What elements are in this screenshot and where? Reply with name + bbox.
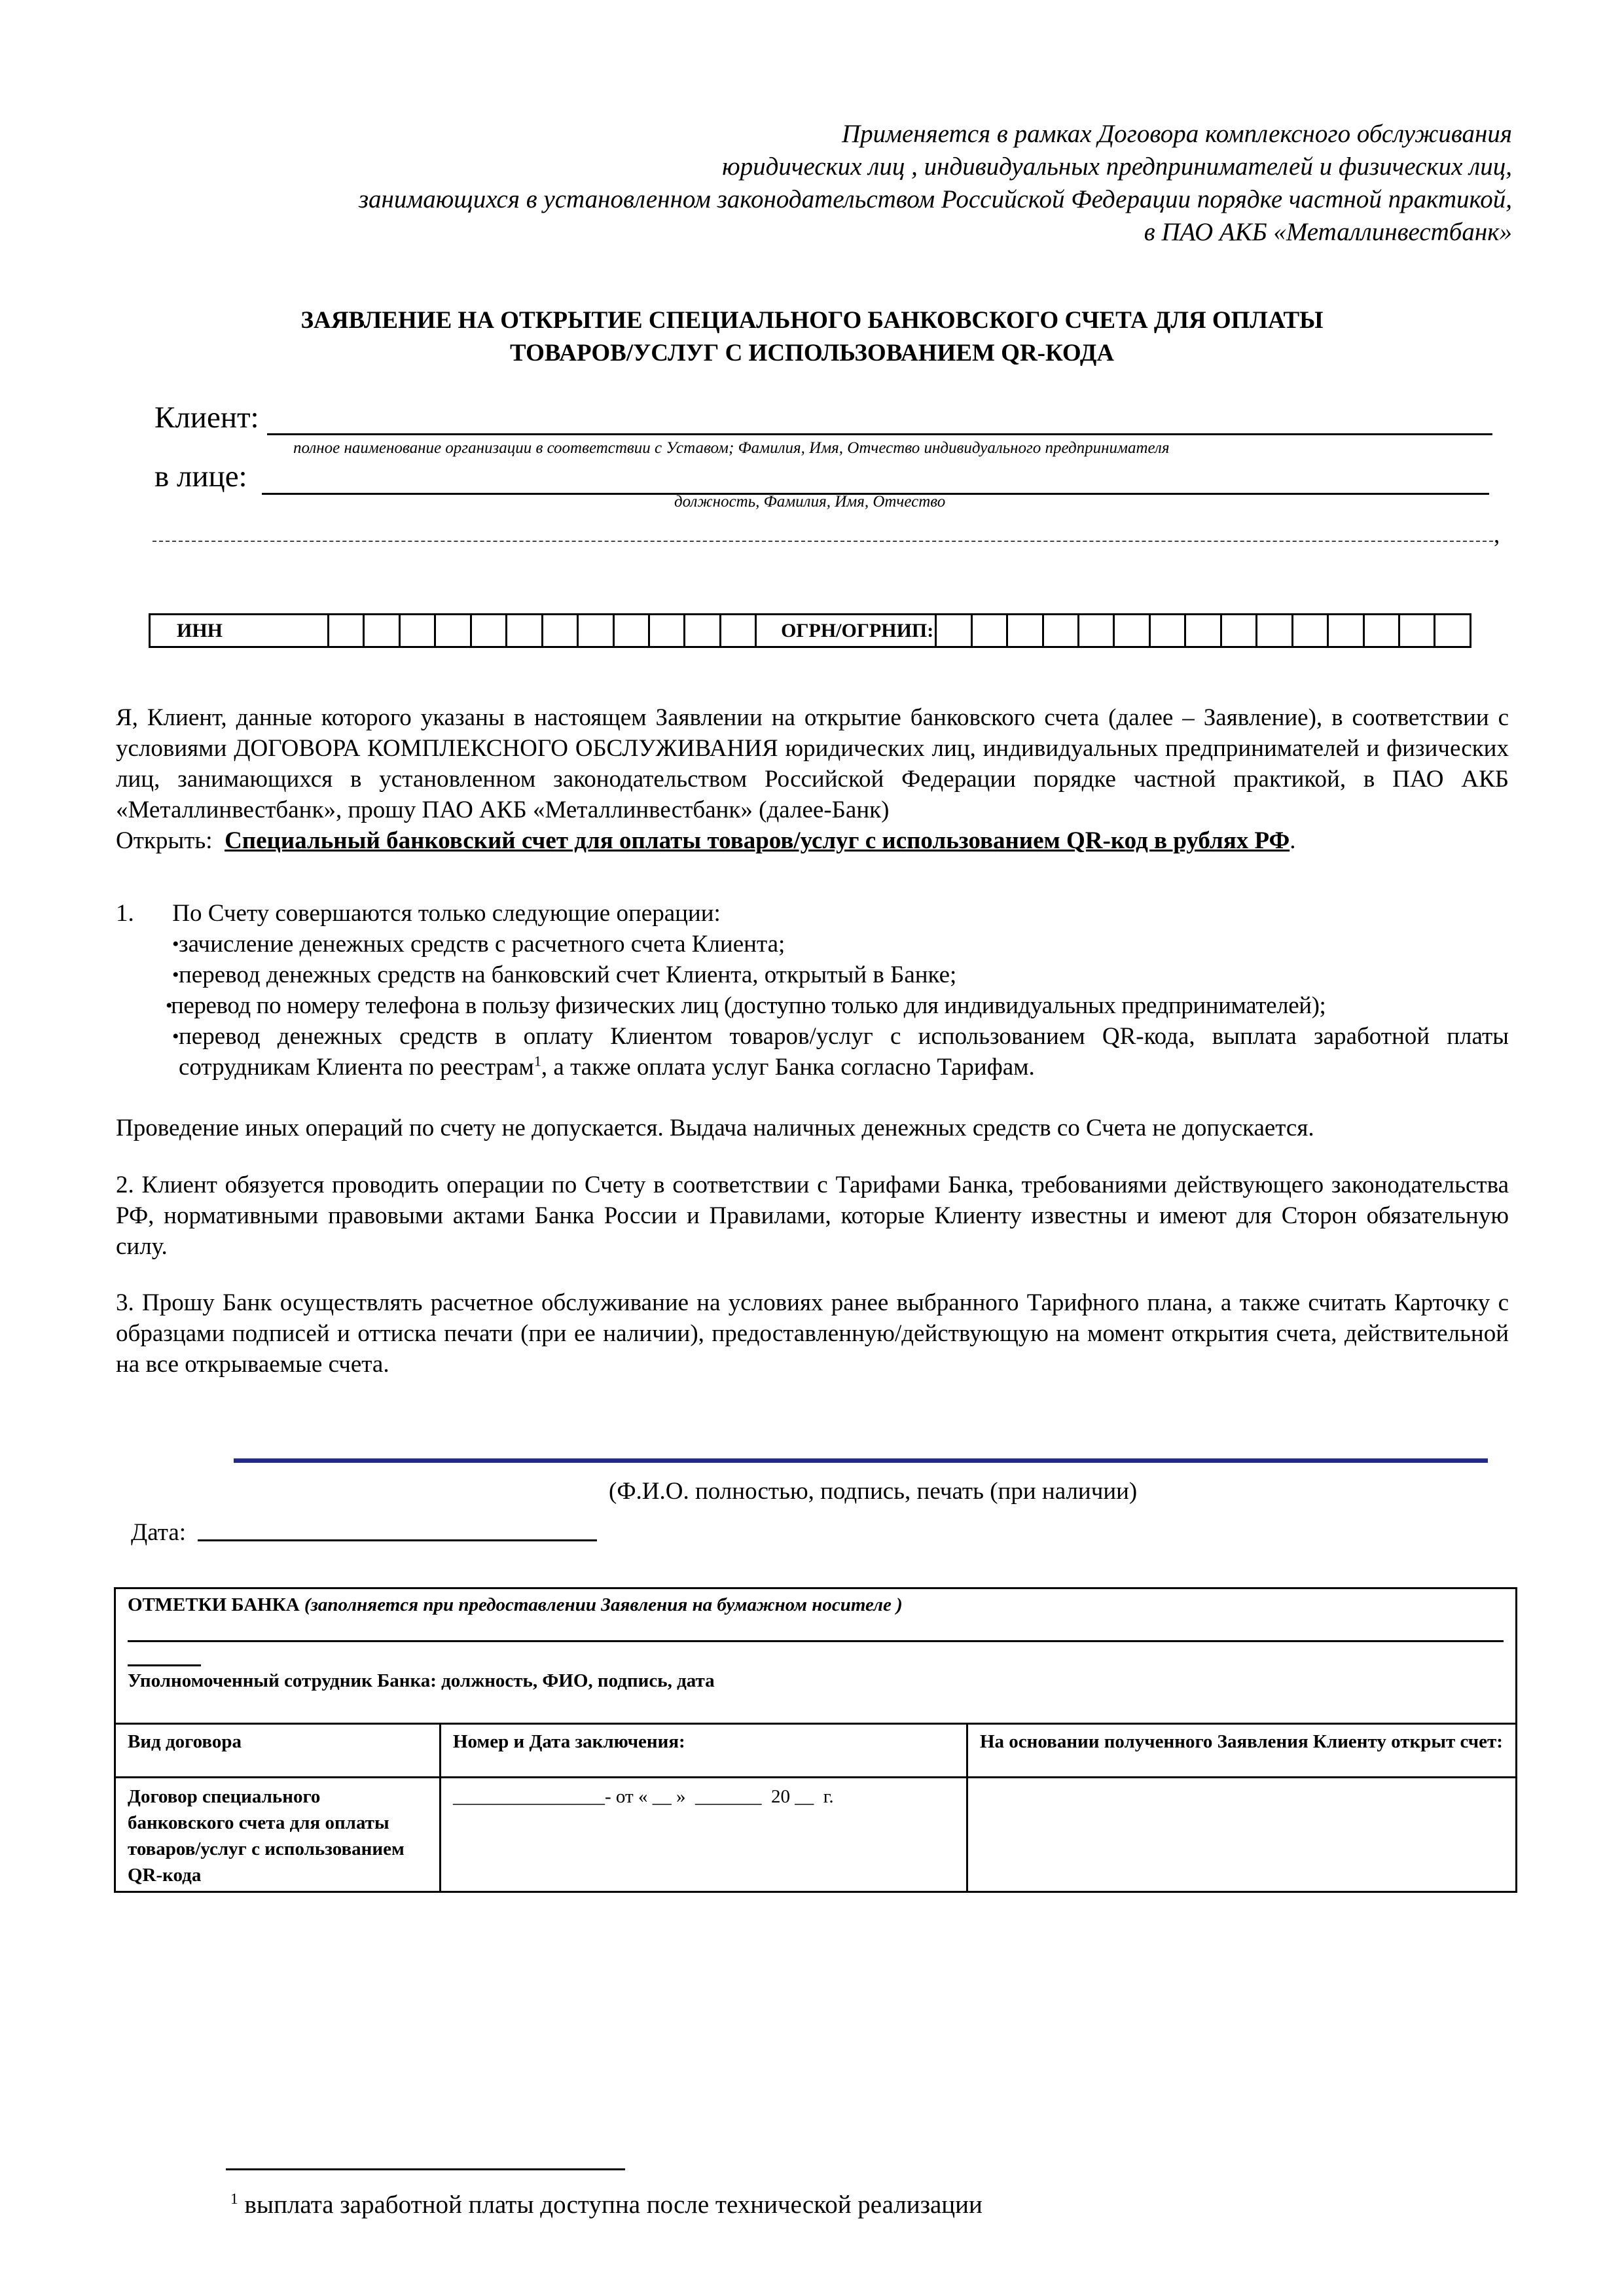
applicability-line: занимающихся в установленном законодател… (203, 183, 1512, 216)
client-name-field[interactable] (267, 433, 1492, 435)
operation-item: •перевод денежных средств на банковский … (116, 960, 1509, 990)
section-1-number: 1. (116, 900, 134, 927)
title-line-1: ЗАЯВЛЕНИЕ НА ОТКРЫТИЕ СПЕЦИАЛЬНОГО БАНКО… (0, 304, 1624, 337)
open-end: . (1290, 827, 1295, 854)
ogrn-digit-cell[interactable] (1399, 615, 1434, 647)
inn-digit-cell[interactable] (649, 615, 684, 647)
ogrn-digit-cell[interactable] (1149, 615, 1185, 647)
bullet-icon: • (166, 990, 172, 1021)
number-date-cell[interactable]: ________________- от « __ » _______ 20 _… (441, 1778, 967, 1892)
intro-paragraph: Я, Клиент, данные которого указаны в нас… (116, 702, 1509, 856)
inn-digit-cell[interactable] (329, 615, 364, 647)
footnote-separator (226, 2168, 625, 2170)
bullet-icon: • (172, 960, 179, 990)
inn-digit-cell[interactable] (507, 615, 542, 647)
footnote: 1 выплата заработной платы доступна посл… (230, 2189, 983, 2221)
intro-text: Я, Клиент, данные которого указаны в нас… (116, 702, 1509, 825)
document-title: ЗАЯВЛЕНИЕ НА ОТКРЫТИЕ СПЕЦИАЛЬНОГО БАНКО… (0, 304, 1624, 370)
ids-table: ИНН ОГРН/ОГРНИП: (149, 613, 1471, 648)
representative-hint: должность, Фамилия, Имя, Отчество (674, 492, 945, 512)
col-contract-type: Вид договора (115, 1724, 441, 1778)
footnote-text: выплата заработной платы доступна после … (244, 2191, 982, 2219)
restriction-paragraph: Проведение иных операций по счету не доп… (116, 1113, 1509, 1143)
bank-employee-field[interactable] (128, 1640, 1504, 1642)
inn-label: ИНН (150, 615, 329, 647)
ogrn-digit-cell[interactable] (1292, 615, 1327, 647)
open-label: Открыть: (116, 827, 213, 854)
inn-digit-cell[interactable] (364, 615, 399, 647)
signature-line[interactable] (234, 1458, 1488, 1463)
representative-continuation-field[interactable] (153, 541, 1493, 542)
operation-item: •зачисление денежных средств с расчетног… (116, 929, 1509, 960)
applicability-line: юридических лиц , индивидуальных предпри… (203, 151, 1512, 183)
table-row: Договор специального банковского счета д… (115, 1778, 1517, 1892)
ogrn-digit-cell[interactable] (1257, 615, 1292, 647)
client-hint: полное наименование организации в соотве… (293, 439, 1170, 458)
bullet-icon: • (172, 1021, 179, 1052)
bank-employee-field-tail (128, 1664, 201, 1666)
footnote-number: 1 (230, 2191, 238, 2208)
ogrn-digit-cell[interactable] (1435, 615, 1471, 647)
col-account-opened: На основании полученного Заявления Клиен… (967, 1724, 1517, 1778)
inn-digit-cell[interactable] (542, 615, 577, 647)
open-line: Открыть: Специальный банковский счет для… (116, 825, 1509, 856)
ogrn-digit-cell[interactable] (1185, 615, 1221, 647)
applicability-note: Применяется в рамках Договора комплексно… (203, 118, 1512, 249)
account-opened-cell[interactable] (967, 1778, 1517, 1892)
ogrn-digit-cell[interactable] (1114, 615, 1149, 647)
bank-marks-table: ОТМЕТКИ БАНКА (заполняется при предостав… (114, 1587, 1517, 1893)
applicability-line: в ПАО АКБ «Металлинвестбанк» (203, 216, 1512, 249)
section-2: 2. Клиент обязуется проводить операции п… (116, 1170, 1509, 1262)
operations-list: •зачисление денежных средств с расчетног… (116, 929, 1509, 1083)
bank-marks-title: ОТМЕТКИ БАНКА (128, 1594, 300, 1615)
inn-digit-cell[interactable] (471, 615, 506, 647)
ogrn-label: ОГРН/ОГРНИП: (756, 615, 936, 647)
open-account-type: Специальный банковский счет для оплаты т… (225, 827, 1290, 854)
section-1-heading-line: 1. По Счету совершаются только следующие… (116, 898, 1509, 929)
date-field[interactable] (198, 1539, 597, 1541)
ogrn-digit-cell[interactable] (971, 615, 1007, 647)
bank-marks-note: (заполняется при предоставлении Заявлени… (304, 1594, 903, 1615)
ogrn-digit-cell[interactable] (936, 615, 971, 647)
trailing-comma: , (1494, 521, 1500, 549)
inn-digit-cell[interactable] (399, 615, 435, 647)
inn-digit-cell[interactable] (435, 615, 471, 647)
title-line-2: ТОВАРОВ/УСЛУГ С ИСПОЛЬЗОВАНИЕМ QR-КОДА (0, 337, 1624, 370)
section-1-heading: По Счету совершаются только следующие оп… (172, 900, 721, 927)
ogrn-digit-cell[interactable] (1363, 615, 1399, 647)
operation-item: •перевод по номеру телефона в пользу физ… (116, 990, 1509, 1021)
section-1: 1. По Счету совершаются только следующие… (116, 898, 1509, 1083)
date-label: Дата: (131, 1517, 186, 1548)
inn-digit-cell[interactable] (578, 615, 613, 647)
col-number-date: Номер и Дата заключения: (441, 1724, 967, 1778)
ogrn-digit-cell[interactable] (1043, 615, 1078, 647)
ogrn-digit-cell[interactable] (1328, 615, 1363, 647)
ogrn-digit-cell[interactable] (1007, 615, 1043, 647)
applicability-line: Применяется в рамках Договора комплексно… (203, 118, 1512, 151)
contract-type-cell: Договор специального банковского счета д… (115, 1778, 441, 1892)
ogrn-digit-cell[interactable] (1079, 615, 1114, 647)
ogrn-digit-cell[interactable] (1221, 615, 1256, 647)
bank-employee-caption: Уполномоченный сотрудник Банка: должност… (128, 1668, 1506, 1694)
footnote-ref[interactable]: 1 (534, 1053, 541, 1069)
inn-digit-cell[interactable] (685, 615, 720, 647)
client-label: Клиент: (154, 399, 259, 436)
bullet-icon: • (172, 929, 179, 960)
inn-digit-cell[interactable] (720, 615, 755, 647)
bank-marks-header: ОТМЕТКИ БАНКА (заполняется при предостав… (115, 1588, 1517, 1724)
operation-item: •перевод денежных средств в оплату Клиен… (116, 1021, 1509, 1083)
section-3: 3. Прошу Банк осуществлять расчетное обс… (116, 1287, 1509, 1380)
signature-caption: (Ф.И.О. полностью, подпись, печать (при … (609, 1476, 1137, 1507)
representative-label: в лице: (154, 458, 247, 495)
inn-digit-cell[interactable] (613, 615, 649, 647)
